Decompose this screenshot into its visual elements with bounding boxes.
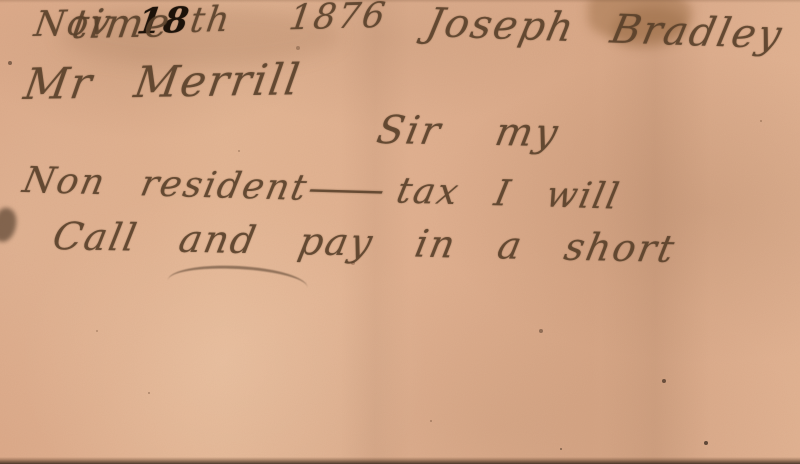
pen-dash-stroke: — [306, 168, 391, 211]
closing-word: time [72, 0, 171, 48]
scanned-note-paper: Nov18th1876 Mr Merrill Sir my Non reside… [0, 0, 800, 464]
salutation-line: Mr Merrill [24, 55, 301, 110]
date-year: 1876 [286, 0, 389, 38]
paper-bottom-edge-shadow [0, 457, 800, 464]
paper-top-edge-shadow [0, 0, 800, 3]
body-line-1-left: Non resident [19, 160, 312, 209]
opening-line: Sir my [377, 108, 559, 156]
date-ordinal: th [188, 0, 235, 41]
body-line-1-right: tax I will [393, 171, 624, 218]
